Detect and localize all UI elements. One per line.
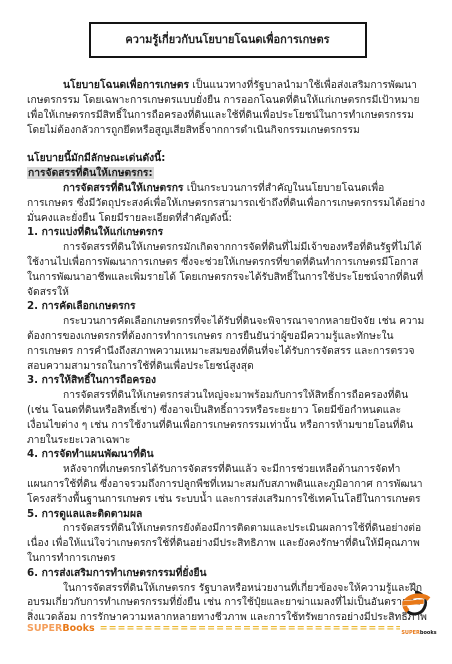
footer-brand-super: SUPER <box>27 623 62 634</box>
item-5-heading: 5. การดูแลและติดตามผล <box>27 507 428 522</box>
footer-brand-books: Books <box>62 623 94 634</box>
logo-text-books: books <box>420 630 437 636</box>
section-heading-row: การจัดสรรที่ดินให้เกษตรกร: <box>27 166 428 181</box>
page-footer: SUPERBooks =============================… <box>27 621 430 635</box>
logo-text-super: SUPER <box>401 630 420 636</box>
document-page: ความรู้เกี่ยวกับนโยบายโฉนดเพื่อการเกษตร … <box>0 0 452 664</box>
item-4-heading: 4. การจัดทำแผนพัฒนาที่ดิน <box>27 447 428 462</box>
section-intro-lead: การจัดสรรที่ดินให้เกษตรกร <box>63 182 183 194</box>
item-1-heading: 1. การแบ่งที่ดินให้แก่เกษตรกร <box>27 225 428 240</box>
intro-lead: นโยบายโฉนดเพื่อการเกษตร <box>63 79 189 91</box>
item-6-heading: 6. การส่งเสริมการทำเกษตรกรรมที่ยั่งยืน <box>27 566 428 581</box>
item-3-heading: 3. การให้สิทธิ์ในการถือครอง <box>27 373 428 388</box>
section-heading-highlight: การจัดสรรที่ดินให้เกษตรกร: <box>27 167 154 179</box>
section-intro-paragraph: การจัดสรรที่ดินให้เกษตรกร เป็นกระบวนการท… <box>27 181 428 225</box>
item-1-body: การจัดสรรที่ดินให้เกษตรกรมักเกิดจากการจั… <box>27 240 428 299</box>
intro-paragraph: นโยบายโฉนดเพื่อการเกษตร เป็นแนวทางที่รัฐ… <box>27 78 428 137</box>
item-3-body: การจัดสรรที่ดินให้เกษตรกรส่วนใหญ่จะมาพร้… <box>27 388 428 447</box>
item-4-body: หลังจากที่เกษตรกรได้รับการจัดสรรที่ดินแล… <box>27 462 428 506</box>
footer-divider-line: ========================================… <box>100 623 400 634</box>
item-6-body: ในการจัดสรรที่ดินให้เกษตรกร รัฐบาลหรือหน… <box>27 581 428 625</box>
superbooks-logo-icon <box>400 603 438 622</box>
item-5-body: การจัดสรรที่ดินให้เกษตรกรยังต้องมีการติด… <box>27 521 428 565</box>
superbooks-logo: SUPERbooks <box>396 590 442 637</box>
item-2-body: กระบวนการคัดเลือกเกษตรกรที่จะได้รับที่ดิ… <box>27 314 428 373</box>
footer-brand: SUPERBooks <box>27 623 95 634</box>
page-title: ความรู้เกี่ยวกับนโยบายโฉนดเพื่อการเกษตร <box>89 22 367 58</box>
item-2-heading: 2. การคัดเลือกเกษตรกร <box>27 299 428 314</box>
features-heading: นโยบายนี้มักมีลักษณะเด่นดังนี้: <box>27 151 428 166</box>
superbooks-logo-text: SUPERbooks <box>401 630 436 636</box>
document-body: นโยบายโฉนดเพื่อการเกษตร เป็นแนวทางที่รัฐ… <box>27 78 428 625</box>
